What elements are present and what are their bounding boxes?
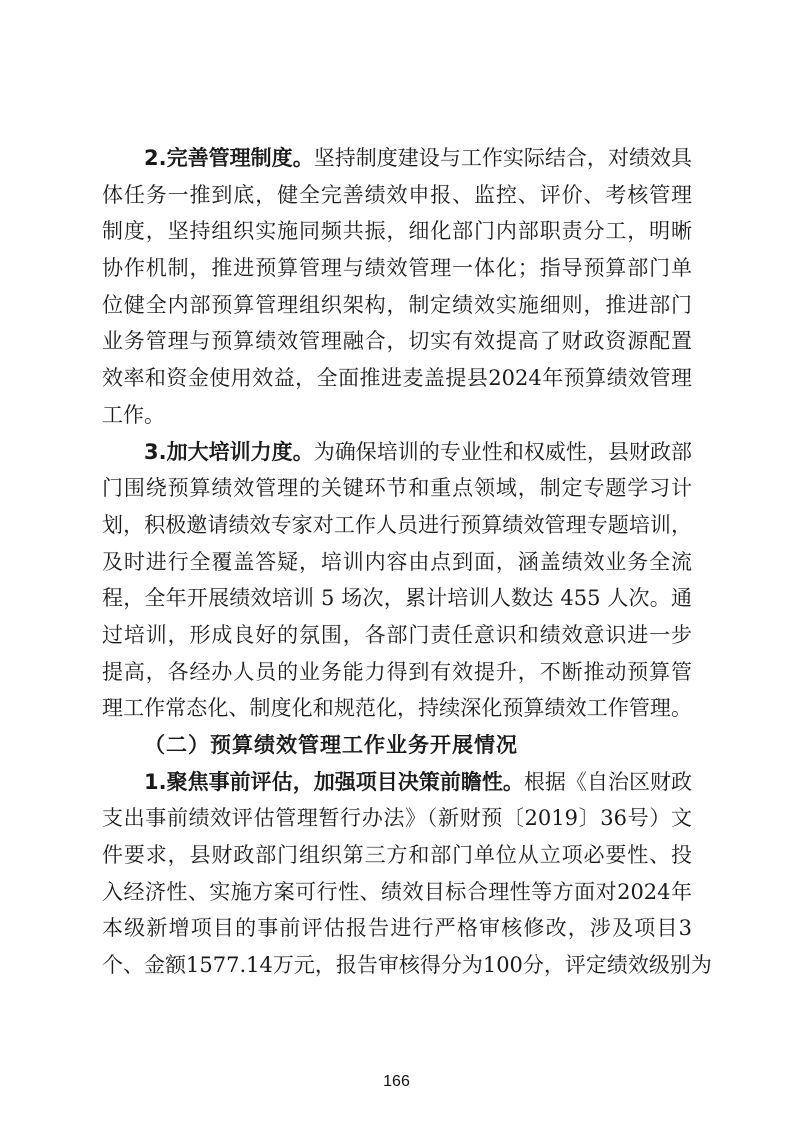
paragraph-line: 工作。 xyxy=(102,397,692,434)
paragraph-text: 坚持制度建设与工作实际结合，对绩效具 xyxy=(314,146,692,170)
paragraph-line: 过培训，形成良好的氛围，各部门责任意识和绩效意识进一步 xyxy=(102,617,692,654)
paragraph-line: 制度，坚持组织实施同频共振，细化部门内部职责分工，明晰 xyxy=(102,213,692,250)
paragraph-line: 体任务一推到底，健全完善绩效申报、监控、评价、考核管理 xyxy=(102,177,692,214)
paragraph-heading: 2.完善管理制度。 xyxy=(144,146,314,170)
paragraph-line: 个、金额1577.14万元，报告审核得分为100分，评定绩效级别为 xyxy=(102,947,692,984)
paragraph-line: 及时进行全覆盖答疑，培训内容由点到面，涵盖绩效业务全流 xyxy=(102,544,692,581)
paragraph-line: 门围绕预算绩效管理的关键环节和重点领域，制定专题学习计 xyxy=(102,470,692,507)
paragraph-line: 2.完善管理制度。坚持制度建设与工作实际结合，对绩效具 xyxy=(102,140,692,177)
paragraph-line: 程，全年开展绩效培训 5 场次，累计培训人数达 455 人次。通 xyxy=(102,580,692,617)
document-body: 2.完善管理制度。坚持制度建设与工作实际结合，对绩效具 体任务一推到底，健全完善… xyxy=(102,140,692,984)
document-page: 2.完善管理制度。坚持制度建设与工作实际结合，对绩效具 体任务一推到底，健全完善… xyxy=(0,0,793,1122)
paragraph-heading: 1.聚焦事前评估，加强项目决策前瞻性。 xyxy=(144,770,524,794)
section-heading: （二）预算绩效管理工作业务开展情况 xyxy=(102,727,692,764)
paragraph-heading: 3.加大培训力度。 xyxy=(144,440,314,464)
paragraph-line: 1.聚焦事前评估，加强项目决策前瞻性。根据《自治区财政 xyxy=(102,764,692,801)
paragraph-line: 入经济性、实施方案可行性、绩效目标合理性等方面对2024年 xyxy=(102,874,692,911)
paragraph-line: 3.加大培训力度。为确保培训的专业性和权威性，县财政部 xyxy=(102,434,692,471)
paragraph-line: 提高，各经办人员的业务能力得到有效提升，不断推动预算管 xyxy=(102,654,692,691)
paragraph-line: 支出事前绩效评估管理暂行办法》（新财预〔2019〕36号）文 xyxy=(102,800,692,837)
page-number: 166 xyxy=(0,1073,793,1091)
paragraph-text: 根据《自治区财政 xyxy=(524,770,692,794)
paragraph-line: 协作机制，推进预算管理与绩效管理一体化；指导预算部门单 xyxy=(102,250,692,287)
paragraph-line: 理工作常态化、制度化和规范化，持续深化预算绩效工作管理。 xyxy=(102,690,692,727)
paragraph-line: 划，积极邀请绩效专家对工作人员进行预算绩效管理专题培训， xyxy=(102,507,692,544)
paragraph-line: 本级新增项目的事前评估报告进行严格审核修改，涉及项目3 xyxy=(102,910,692,947)
paragraph-line: 件要求，县财政部门组织第三方和部门单位从立项必要性、投 xyxy=(102,837,692,874)
paragraph-line: 位健全内部预算管理组织架构，制定绩效实施细则，推进部门 xyxy=(102,287,692,324)
paragraph-line: 效率和资金使用效益，全面推进麦盖提县2024年预算绩效管理 xyxy=(102,360,692,397)
paragraph-line: 业务管理与预算绩效管理融合，切实有效提高了财政资源配置 xyxy=(102,323,692,360)
paragraph-text: 为确保培训的专业性和权威性，县财政部 xyxy=(314,440,692,464)
